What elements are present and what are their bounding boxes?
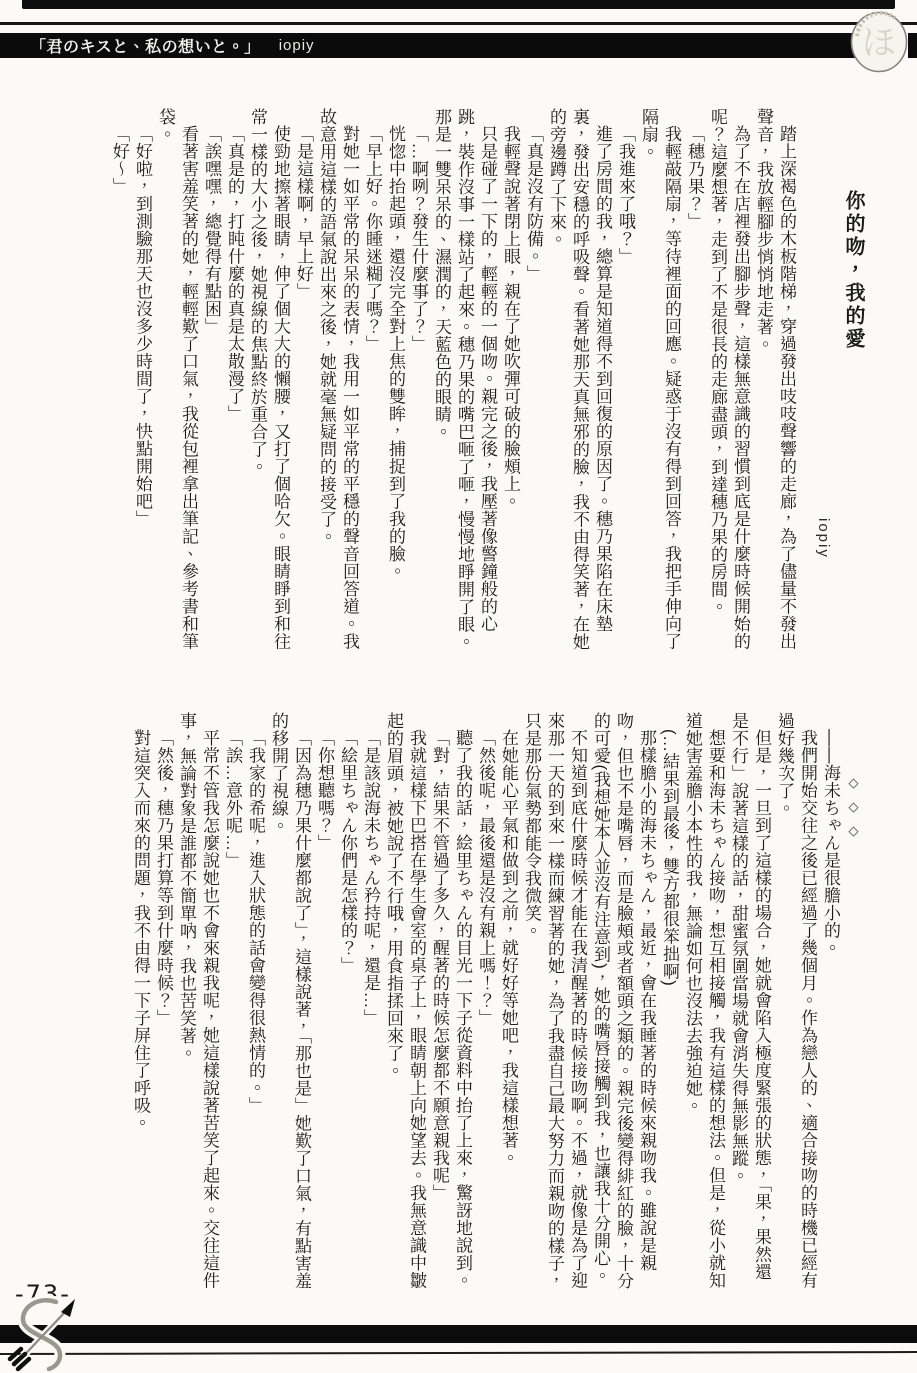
- circle-stamp: ほ: [849, 10, 909, 74]
- story-paragraph: 「好啦，到測驗那天也沒多少時間了，快點開始吧」: [131, 108, 154, 666]
- page-bottom-bar: [0, 1325, 917, 1343]
- story-paragraph: 對這突入而來的問題，我不由得一下子屏住了呼吸。: [129, 712, 152, 1292]
- bottom-divider-line: [0, 1351, 917, 1355]
- story-paragraph: 「穗乃果？」: [683, 108, 706, 666]
- story-author-credit: iopiy: [812, 108, 834, 666]
- story-paragraph: 我們開始交往之後已經過了幾個月。作為戀人的、適合接吻的時機已經有過好幾次了。: [773, 712, 819, 1292]
- story-paragraph: 踏上深褐色的木板階梯，穿過發出吱吱聲響的走廊，為了儘量不發出聲音，我放輕腳步悄悄…: [752, 108, 798, 666]
- chapter-header-bar: 「君のキスと、私の想いと。」 iopiy: [0, 33, 856, 58]
- story-paragraph: 「…啊咧？發生什麼事了？」: [407, 108, 430, 666]
- bow-and-arrow-icon: [4, 1296, 116, 1373]
- story-title: 你的吻，我的愛: [840, 108, 866, 666]
- story-paragraph: 我就這樣下巴搭在學生會室的桌子上，眼睛朝上向她望去。我無意識中皺起的眉頭，被她說…: [382, 712, 428, 1292]
- svg-text:ほ: ほ: [862, 24, 896, 62]
- story-paragraph: 我輕敲隔扇，等待裡面的回應。疑惑于沒有得到回答，我把手伸向了隔扇。: [637, 108, 683, 666]
- story-paragraph: 但是，一旦到了這樣的場合，她就會陷入極度緊張的狀態，「果，果然還是不行」說著這樣…: [727, 712, 773, 1292]
- story-paragraph: 「我進來了哦？」: [614, 108, 637, 666]
- story-paragraph: 「你想聽嗎？」: [313, 712, 336, 1292]
- story-paragraph: 「我家的希呢，進入狀態的話會變得很熱情的。」: [244, 712, 267, 1292]
- story-paragraph: 為了不在店裡發出腳步聲，這樣無意識的習慣到底是什麼時候開始的呢？這麼想著，走到了…: [706, 108, 752, 666]
- story-paragraph: 「誒…意外呢…」: [221, 712, 244, 1292]
- story-paragraph: 想要和海未ちゃん接吻，想互相接觸，我有這樣的想法。但是，從小就知道她害羞膽小本性…: [681, 712, 727, 1292]
- story-paragraph: 「然後，穗乃果打算等到什麼時候？」: [152, 712, 175, 1292]
- story-paragraph: 「真是的，打盹什麼的真是太散漫了」: [223, 108, 246, 666]
- story-paragraph: 我輕聲說著閉上眼，親在了她吹彈可破的臉頰上。: [499, 108, 522, 666]
- story-paragraph: 平常不管我怎麼說她也不會來親我呢，她這樣說著苦笑了起來。交往這件事，無論對象是誰…: [175, 712, 221, 1292]
- story-paragraph: 不知道到底什麼時候才能在我清醒著的時候接吻啊。不過，就像是為了迎來那一天的到來一…: [520, 712, 589, 1292]
- story-paragraph: 在她能心平氣和做到之前，就好好等她吧，我這樣想著。: [497, 712, 520, 1292]
- chapter-title: 「君のキスと、私の想いと。」: [30, 34, 261, 57]
- story-paragraph: 恍惚中抬起頭，還沒完全對上焦的雙眸，捕捉到了我的臉。: [384, 108, 407, 666]
- story-paragraph: 「因為穗乃果什麼都說了」，這樣說著，「那也是」她歎了口氣，有點害羞的移開了視線。: [267, 712, 313, 1292]
- stamp-seal-icon: ほ: [849, 10, 909, 74]
- story-paragraph: 使勁地擦著眼睛，伸了個大大的懶腰，又打了個哈欠。眼睛睜到和往常一樣的大小之後，她…: [246, 108, 292, 666]
- page-top-edge-bar: [22, 0, 895, 9]
- story-paragraph: 聽了我的話，絵里ちゃん的目光一下子從資料中抬了上來，驚訝地說到。: [451, 712, 474, 1292]
- story-paragraph: 「好～」: [108, 108, 131, 666]
- story-paragraph: 那樣膽小的海未ちゃん，最近，會在我睡著的時候來親吻我。雖說是親吻，但也不是嘴唇，…: [589, 712, 658, 1292]
- story-paragraph: 「是該說海未ちゃん矜持呢，還是…」: [359, 712, 382, 1292]
- story-paragraph: 對她一如平常的呆呆的表情，我用一如平常的平穩的聲音回答道。我故意用這樣的語氣說出…: [315, 108, 361, 666]
- story-paragraph: 「對，結果不管過了多久，醒著的時候怎麼都不願意親我呢」: [428, 712, 451, 1292]
- story-paragraph: 「絵里ちゃん你們是怎樣的？」: [336, 712, 359, 1292]
- story-paragraph: 「是這樣啊，早上好」: [292, 108, 315, 666]
- chapter-author: iopiy: [279, 37, 315, 54]
- story-section-1: 你的吻，我的愛 iopiy 踏上深褐色的木板階梯，穿過發出吱吱聲響的走廊，為了儘…: [108, 108, 866, 666]
- scene-break-diamonds: ◇◇◇: [842, 712, 866, 1292]
- story-paragraph: (…結果到最後，雙方都很笨拙啊): [658, 712, 681, 1292]
- story-paragraph: 看著害羞笑著的她，輕輕歎了口氣，我從包裡拿出筆記、參考書和筆袋。: [154, 108, 200, 666]
- story-paragraph: 只是碰了一下的，輕輕的一個吻。親完之後，我壓著像警鐘般的心跳，裝作沒事一樣站了起…: [430, 108, 499, 666]
- story-paragraph: ——海未ちゃん是很膽小的。: [819, 712, 842, 1292]
- story-section-2: ◇◇◇ ——海未ちゃん是很膽小的。我們開始交往之後已經過了幾個月。作為戀人的、適…: [129, 712, 866, 1292]
- header-bar-right-fragment: [908, 33, 917, 58]
- story-paragraph: 進了房間的我，總算是知道得不到回復的原因了。穗乃果陷在床墊裏，發出安穩的呼吸聲。…: [545, 108, 614, 666]
- doujinshi-text-page: 「君のキスと、私の想いと。」 iopiy ほ 你的吻，我的愛 iopiy 踏上深…: [0, 0, 917, 1373]
- story-paragraph: 「真是沒有防備。」: [522, 108, 545, 666]
- story-paragraph: 「然後呢，最後還是沒有親上嗎！？」: [474, 712, 497, 1292]
- story-paragraph: 「誒嘿嘿，總覺得有點困」: [200, 108, 223, 666]
- top-divider-line: [0, 22, 917, 25]
- story-paragraph: 「早上好。你睡迷糊了嗎？」: [361, 108, 384, 666]
